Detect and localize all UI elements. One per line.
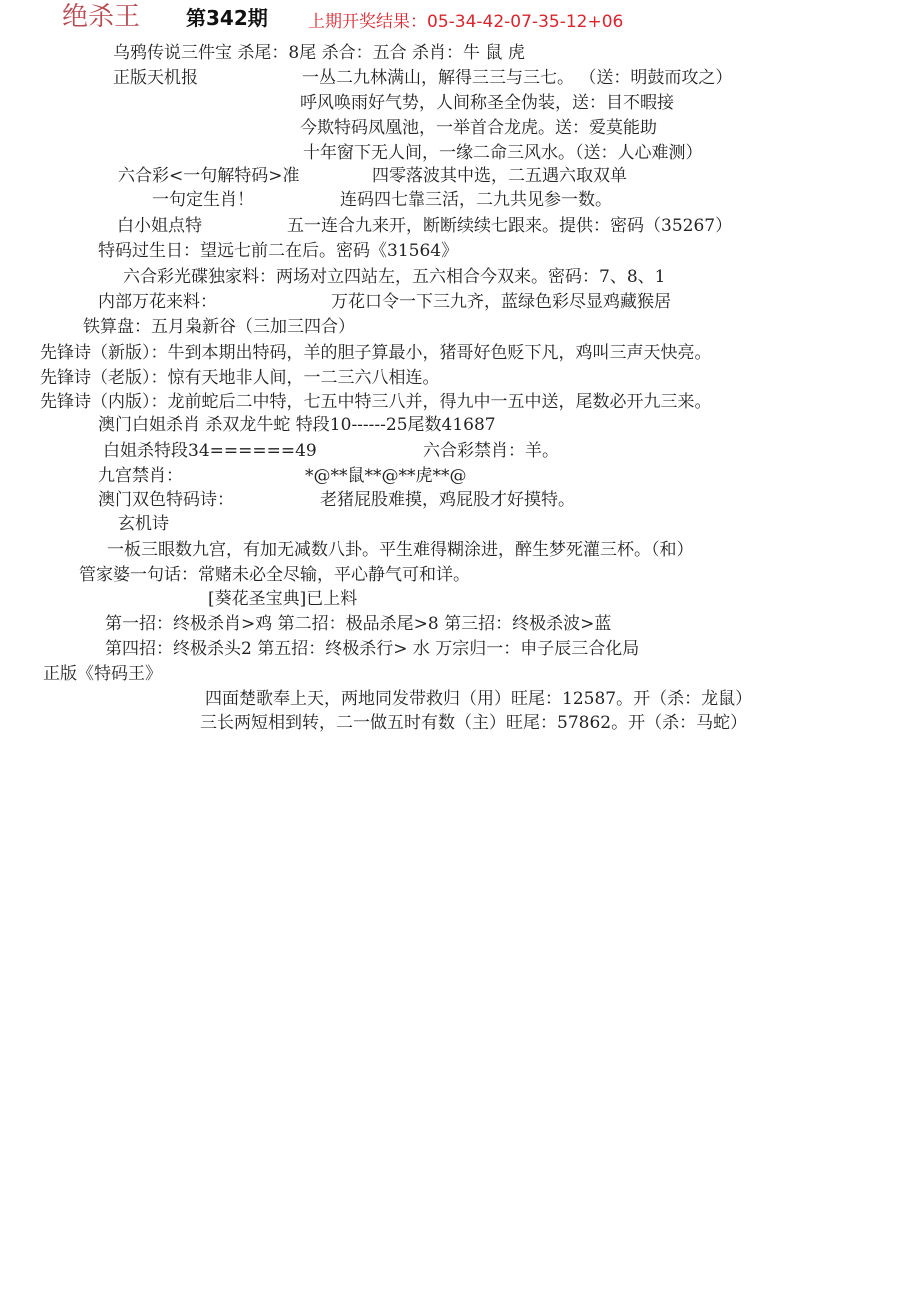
- last-draw-result: 上期开奖结果：05-34-42-07-35-12+06: [308, 11, 623, 33]
- text-line: 先锋诗（老版）：惊有天地非人间，一二三六八相连。: [40, 367, 440, 389]
- text-line: 六合彩<一句解特码>准: [118, 165, 300, 187]
- text-line: 白姐杀特段34======49: [103, 440, 317, 462]
- text-line: 澳门白姐杀肖 杀双龙牛蛇 特段10------25尾数41687: [98, 414, 496, 436]
- text-line: 老猪屁股难摸，鸡屁股才好摸特。: [320, 489, 575, 511]
- text-line: 一丛二九林满山，解得三三与三七。 （送：明鼓而攻之）: [302, 67, 732, 89]
- text-line: 白小姐点特: [117, 215, 202, 237]
- text-line: 乌鸦传说三件宝 杀尾：8尾 杀合：五合 杀肖：牛 鼠 虎: [113, 42, 525, 64]
- text-line: 正版天机报: [113, 67, 198, 89]
- text-line: 五一连合九来开，断断续续七跟来。提供：密码（35267）: [287, 215, 732, 237]
- text-line: 九宫禁肖：: [98, 465, 183, 487]
- text-line: 一句定生肖！: [152, 189, 254, 211]
- text-line: 三长两短相到转，二一做五时有数（主）旺尾：57862。开（杀：马蛇）: [200, 712, 747, 734]
- text-line: 四零落波其中选，二五遇六取双单: [372, 165, 627, 187]
- text-line: 连码四七靠三活，二九共见参一数。: [340, 189, 612, 211]
- text-line: *@**鼠**@**虎**@: [305, 465, 467, 487]
- text-line: 先锋诗（内版）：龙前蛇后二中特，七五中特三八并，得九中一五中送，尾数必开九三来。: [40, 391, 712, 413]
- text-line: 六合彩禁肖：羊。: [423, 440, 559, 462]
- text-line: 特码过生日：望远七前二在后。密码《31564》: [98, 240, 458, 262]
- text-line: 万花口令一下三九齐，蓝绿色彩尽显鸡藏猴居: [331, 291, 671, 313]
- text-line: 六合彩光碟独家料：两场对立四站左，五六相合今双来。密码：7、8、1: [123, 266, 665, 288]
- text-line: 玄机诗: [118, 513, 169, 535]
- text-line: 铁算盘：五月枭新谷（三加三四合）: [83, 316, 355, 338]
- issue-number: 第342期: [186, 7, 268, 29]
- text-line: 内部万花来料：: [98, 291, 217, 313]
- text-line: 十年窗下无人间，一缘二命三风水。（送：人心难测）: [303, 142, 703, 164]
- text-line: 第四招：终极杀头2 第五招：终极杀行> 水 万宗归一：申子辰三合化局: [105, 638, 639, 660]
- text-line: 一板三眼数九宫，有加无减数八卦。平生难得糊涂进，醉生梦死灌三杯。（和）: [107, 539, 694, 561]
- text-line: 管家婆一句话：常赌未必全尽输，平心静气可和详。: [79, 564, 470, 586]
- text-line: 第一招：终极杀肖>鸡 第二招：极品杀尾>8 第三招：终极杀波>蓝: [105, 613, 611, 635]
- page-title: 绝杀王: [62, 2, 140, 32]
- text-line: 四面楚歌奉上天，两地同发带救归（用）旺尾：12587。开（杀：龙鼠）: [205, 688, 752, 710]
- text-line: 今欺特码凤凰池，一举首合龙虎。送：爱莫能助: [300, 117, 657, 139]
- text-line: 呼风唤雨好气势，人间称圣全伪装，送：目不暇接: [300, 92, 674, 114]
- text-line: 澳门双色特码诗：: [98, 489, 234, 511]
- text-line: 正版《特码王》: [43, 663, 162, 685]
- text-line: 先锋诗（新版）：牛到本期出特码，羊的胆子算最小，猪哥好色贬下凡，鸡叫三声天快亮。: [40, 342, 712, 364]
- text-line: [葵花圣宝典]已上料: [208, 588, 357, 610]
